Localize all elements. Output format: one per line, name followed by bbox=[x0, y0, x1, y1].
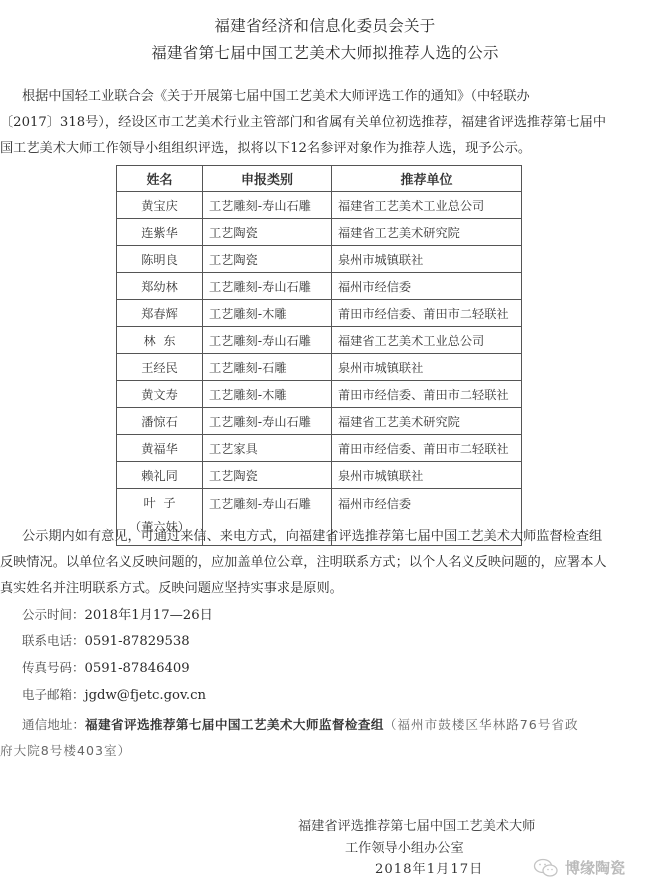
table-row: 黄福华 工艺家具 莆田市经信委、莆田市二轻联社 bbox=[117, 435, 522, 462]
cell-unit: 泉州市城镇联社 bbox=[332, 354, 522, 381]
fax-row: 传真号码：0591-87846409 bbox=[22, 658, 190, 676]
phone-row: 联系电话：0591-87829538 bbox=[22, 631, 190, 649]
watermark: 博缘陶瓷 bbox=[533, 857, 625, 878]
cell-category: 工艺雕刻-寿山石雕 bbox=[203, 273, 332, 300]
address-location-2: 府大院8号楼403室） bbox=[0, 738, 650, 764]
email-value: jgdw@fjetc.gov.cn bbox=[85, 688, 206, 703]
cell-name: 连紫华 bbox=[117, 219, 203, 246]
period-label: 公示时间： bbox=[22, 607, 85, 622]
table-header-row: 姓名 申报类别 推荐单位 bbox=[117, 166, 522, 192]
watermark-text: 博缘陶瓷 bbox=[565, 857, 625, 878]
fax-label: 传真号码： bbox=[22, 660, 85, 675]
cell-unit: 莆田市经信委、莆田市二轻联社 bbox=[332, 435, 522, 462]
address-label: 通信地址： bbox=[22, 717, 85, 732]
cell-name: 黄文寿 bbox=[117, 381, 203, 408]
signature-date: 2018年1月17日 bbox=[375, 858, 483, 877]
intro-line-2: 〔2017〕318号），经设区市工艺美术行业主管部门和省属有关单位初选推荐，福建… bbox=[0, 110, 650, 136]
header-name: 姓名 bbox=[117, 166, 203, 192]
period-row: 公示时间：2018年1月17—26日 bbox=[22, 604, 213, 623]
cell-category: 工艺雕刻-寿山石雕 bbox=[203, 192, 332, 219]
period-value: 2018年1月17—26日 bbox=[85, 608, 213, 623]
cell-unit: 福建省工艺美术研究院 bbox=[332, 219, 522, 246]
cell-unit: 泉州市城镇联社 bbox=[332, 462, 522, 489]
address-location-1: （福州市鼓楼区华林路76号省政 bbox=[384, 717, 579, 732]
cell-category: 工艺家具 bbox=[203, 435, 332, 462]
address-block: 通信地址：福建省评选推荐第七届中国工艺美术大师监督检查组（福州市鼓楼区华林路76… bbox=[0, 712, 650, 764]
title-line-1: 福建省经济和信息化委员会关于 bbox=[0, 14, 650, 36]
intro-line-3: 国工艺美术大师工作领导小组组织评选，拟将以下12名参评对象作为推荐人选，现予公示… bbox=[0, 136, 650, 162]
cell-category: 工艺雕刻-寿山石雕 bbox=[203, 408, 332, 435]
header-unit: 推荐单位 bbox=[332, 166, 522, 192]
table-row: 王经民 工艺雕刻-石雕 泉州市城镇联社 bbox=[117, 354, 522, 381]
cell-category: 工艺陶瓷 bbox=[203, 462, 332, 489]
notice-paragraph: 公示期内如有意见，可通过来信、来电方式，向福建省评选推荐第七届中国工艺美术大师监… bbox=[0, 524, 650, 602]
table-row: 潘惊石 工艺雕刻-寿山石雕 福建省工艺美术研究院 bbox=[117, 408, 522, 435]
cell-name: 黄宝庆 bbox=[117, 192, 203, 219]
fax-value: 0591-87846409 bbox=[85, 661, 190, 676]
intro-paragraph: 根据中国轻工业联合会《关于开展第七届中国工艺美术大师评选工作的通知》（中轻联办 … bbox=[0, 84, 650, 162]
cell-category: 工艺雕刻-寿山石雕 bbox=[203, 327, 332, 354]
cell-name: 黄福华 bbox=[117, 435, 203, 462]
cell-name-primary: 叶 子 bbox=[117, 491, 202, 515]
phone-value: 0591-87829538 bbox=[85, 634, 190, 649]
address-org: 福建省评选推荐第七届中国工艺美术大师监督检查组 bbox=[85, 717, 384, 732]
candidate-table: 姓名 申报类别 推荐单位 黄宝庆 工艺雕刻-寿山石雕 福建省工艺美术工业总公司 … bbox=[116, 165, 522, 546]
cell-name: 王经民 bbox=[117, 354, 203, 381]
title-line-2: 福建省第七届中国工艺美术大师拟推荐人选的公示 bbox=[0, 41, 650, 63]
cell-name: 潘惊石 bbox=[117, 408, 203, 435]
table-row: 赖礼同 工艺陶瓷 泉州市城镇联社 bbox=[117, 462, 522, 489]
wechat-icon bbox=[533, 858, 559, 878]
notice-line-1: 公示期内如有意见，可通过来信、来电方式，向福建省评选推荐第七届中国工艺美术大师监… bbox=[0, 524, 650, 550]
table-row: 黄文寿 工艺雕刻-木雕 莆田市经信委、莆田市二轻联社 bbox=[117, 381, 522, 408]
cell-unit: 莆田市经信委、莆田市二轻联社 bbox=[332, 300, 522, 327]
intro-line-1: 根据中国轻工业联合会《关于开展第七届中国工艺美术大师评选工作的通知》（中轻联办 bbox=[0, 84, 650, 110]
table-row: 郑幼林 工艺雕刻-寿山石雕 福州市经信委 bbox=[117, 273, 522, 300]
table-row: 郑春辉 工艺雕刻-木雕 莆田市经信委、莆田市二轻联社 bbox=[117, 300, 522, 327]
email-row: 电子邮箱：jgdw@fjetc.gov.cn bbox=[22, 685, 206, 703]
cell-category: 工艺雕刻-木雕 bbox=[203, 300, 332, 327]
cell-category: 工艺陶瓷 bbox=[203, 219, 332, 246]
cell-unit: 福州市经信委 bbox=[332, 273, 522, 300]
cell-name: 林 东 bbox=[117, 327, 203, 354]
cell-name: 陈明良 bbox=[117, 246, 203, 273]
cell-category: 工艺雕刻-石雕 bbox=[203, 354, 332, 381]
table-row: 陈明良 工艺陶瓷 泉州市城镇联社 bbox=[117, 246, 522, 273]
table-row: 林 东 工艺雕刻-寿山石雕 福建省工艺美术工业总公司 bbox=[117, 327, 522, 354]
notice-line-3: 真实姓名并注明联系方式。反映问题应坚持实事求是原则。 bbox=[0, 576, 650, 602]
cell-category: 工艺雕刻-木雕 bbox=[203, 381, 332, 408]
cell-unit: 福建省工艺美术工业总公司 bbox=[332, 192, 522, 219]
cell-name: 郑春辉 bbox=[117, 300, 203, 327]
notice-line-2: 反映情况。以单位名义反映问题的，应加盖单位公章，注明联系方式；以个人名义反映问题… bbox=[0, 550, 650, 576]
table-row: 连紫华 工艺陶瓷 福建省工艺美术研究院 bbox=[117, 219, 522, 246]
phone-label: 联系电话： bbox=[22, 633, 85, 648]
cell-category: 工艺陶瓷 bbox=[203, 246, 332, 273]
email-label: 电子邮箱： bbox=[22, 687, 85, 702]
signature-office: 工作领导小组办公室 bbox=[345, 837, 464, 856]
cell-name: 郑幼林 bbox=[117, 273, 203, 300]
cell-name: 赖礼同 bbox=[117, 462, 203, 489]
cell-unit: 莆田市经信委、莆田市二轻联社 bbox=[332, 381, 522, 408]
cell-unit: 福建省工艺美术工业总公司 bbox=[332, 327, 522, 354]
cell-unit: 福建省工艺美术研究院 bbox=[332, 408, 522, 435]
header-category: 申报类别 bbox=[203, 166, 332, 192]
cell-unit: 泉州市城镇联社 bbox=[332, 246, 522, 273]
table-row: 黄宝庆 工艺雕刻-寿山石雕 福建省工艺美术工业总公司 bbox=[117, 192, 522, 219]
address-line-1: 通信地址：福建省评选推荐第七届中国工艺美术大师监督检查组（福州市鼓楼区华林路76… bbox=[0, 712, 650, 738]
signature-org: 福建省评选推荐第七届中国工艺美术大师 bbox=[298, 815, 535, 834]
